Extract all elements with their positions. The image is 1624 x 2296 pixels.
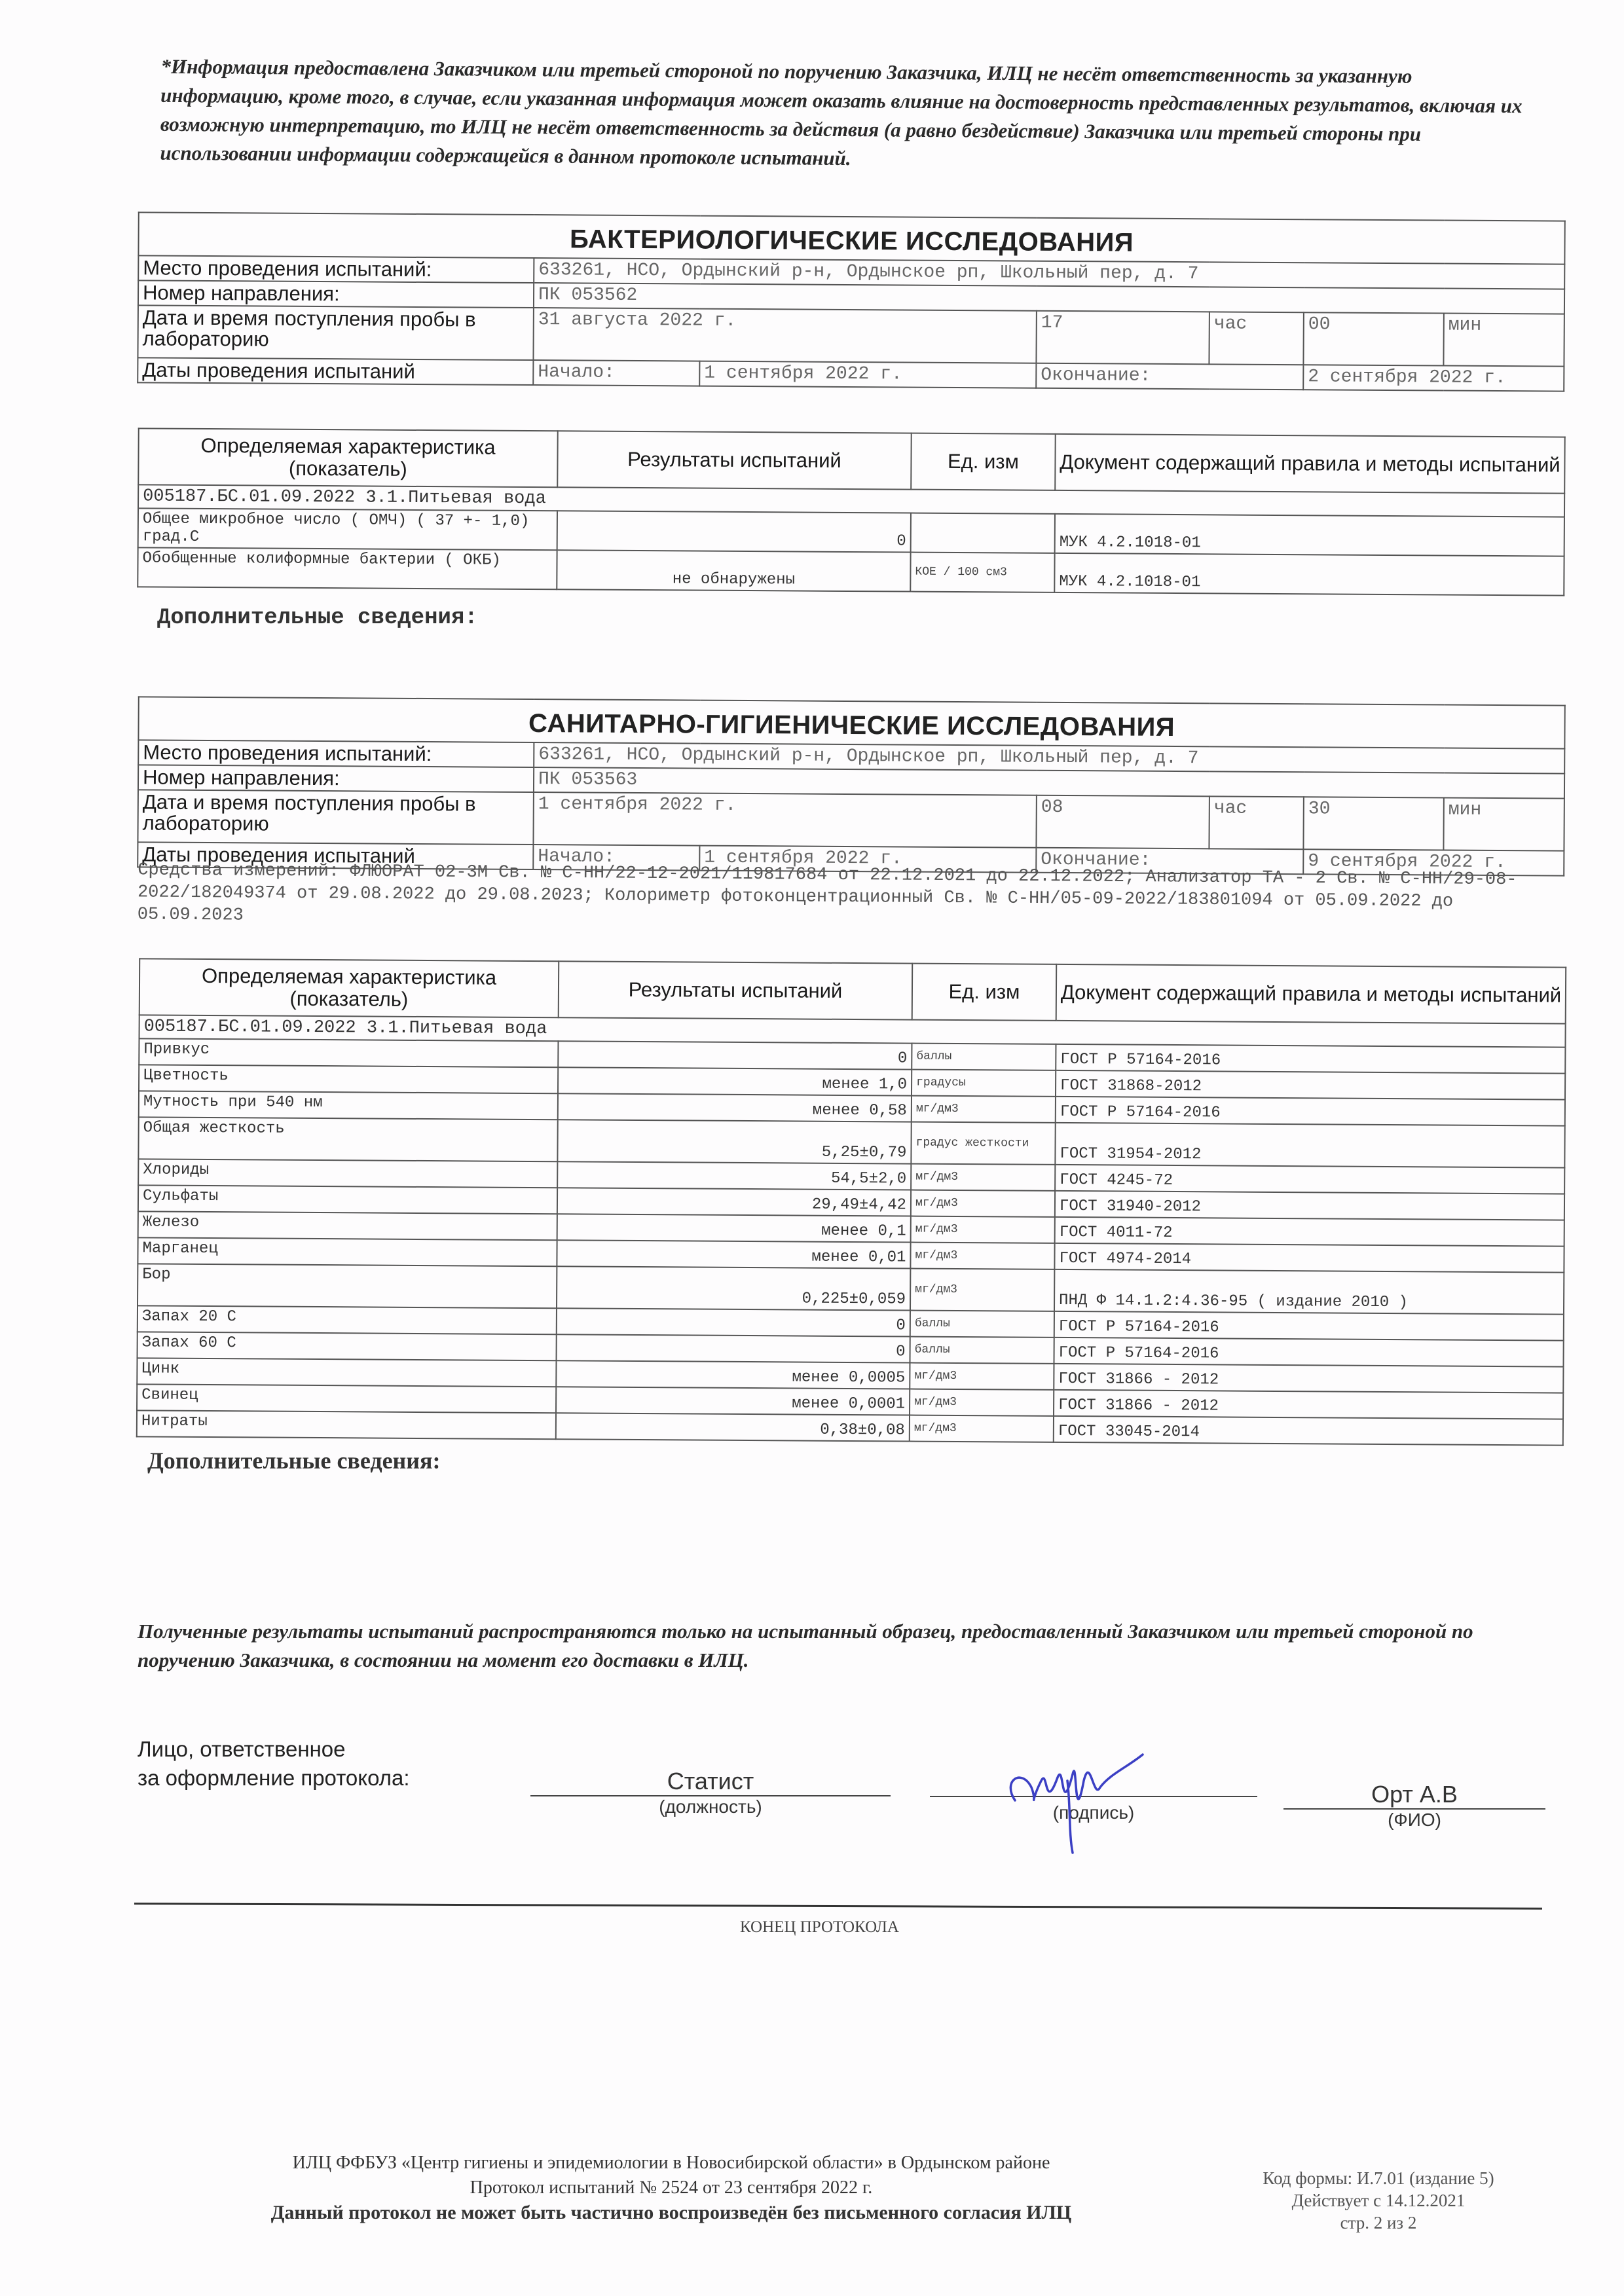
header-document: Документ содержащий правила и методы исп… xyxy=(1056,964,1566,1024)
place-label: Место проведения испытаний: xyxy=(138,255,534,283)
form-valid-from: Действует с 14.12.2021 xyxy=(1231,2189,1526,2212)
receipt-hour: 08 xyxy=(1036,795,1209,849)
end-divider xyxy=(134,1903,1542,1910)
form-info: Код формы: И.7.01 (издание 5) Действует … xyxy=(1231,2167,1526,2234)
hour-unit: час xyxy=(1209,796,1303,849)
disclaimer-text: *Информация предоставлена Заказчиком или… xyxy=(160,52,1529,178)
start-label: Начало: xyxy=(533,360,699,386)
extra-info-label: Дополнительные сведения: xyxy=(157,606,478,630)
bacteriological-results-table: Определяемая характеристика (показатель)… xyxy=(137,428,1565,596)
footer-protocol: Протокол испытаний № 2524 от 23 сентября… xyxy=(196,2176,1146,2200)
position-value: Статист xyxy=(530,1768,891,1795)
position-field: Статист (должность) xyxy=(530,1768,891,1817)
header-results: Результаты испытаний xyxy=(557,431,912,489)
end-of-protocol: КОНЕЦ ПРОТОКОЛА xyxy=(740,1918,899,1937)
header-unit: Ед. изм xyxy=(912,964,1057,1021)
header-unit: Ед. изм xyxy=(911,433,1056,490)
footer-info: ИЛЦ ФФБУЗ «Центр гигиены и эпидемиологии… xyxy=(196,2151,1146,2225)
end-value: 2 сентября 2022 г. xyxy=(1303,365,1564,391)
referral-label: Номер направления: xyxy=(138,765,534,792)
receipt-min: 00 xyxy=(1303,312,1443,365)
min-unit: мин xyxy=(1443,314,1564,367)
receipt-date: 1 сентября 2022 г. xyxy=(533,792,1036,848)
header-document: Документ содержащий правила и методы исп… xyxy=(1055,434,1565,494)
header-results: Результаты испытаний xyxy=(559,961,913,1019)
page-number: стр. 2 из 2 xyxy=(1231,2212,1526,2234)
name-caption: (ФИО) xyxy=(1283,1810,1545,1831)
receipt-hour: 17 xyxy=(1036,311,1209,365)
handwritten-signature-icon xyxy=(995,1741,1166,1859)
signature-field: (подпись) xyxy=(930,1768,1257,1823)
place-label: Место проведения испытаний: xyxy=(138,740,534,767)
position-caption: (должность) xyxy=(530,1796,891,1817)
end-label: Окончание: xyxy=(1036,363,1303,390)
form-code: Код формы: И.7.01 (издание 5) xyxy=(1231,2167,1526,2189)
receipt-date: 31 августа 2022 г. xyxy=(533,308,1036,363)
footer-org: ИЛЦ ФФБУЗ «Центр гигиены и эпидемиологии… xyxy=(196,2151,1146,2176)
footer-warning: Данный протокол не может быть частично в… xyxy=(196,2200,1146,2225)
header-characteristic: Определяемая характеристика (показатель) xyxy=(139,958,559,1017)
sanitary-results-table: Определяемая характеристика (показатель)… xyxy=(136,958,1566,1446)
header-characteristic: Определяемая характеристика (показатель) xyxy=(138,428,558,487)
hour-unit: час xyxy=(1209,312,1303,365)
sanitary-info-table: САНИТАРНО-ГИГИЕНИЧЕСКИЕ ИССЛЕДОВАНИЯ Мес… xyxy=(137,696,1566,876)
referral-label: Номер направления: xyxy=(138,280,534,308)
name-value: Орт А.В xyxy=(1283,1781,1545,1808)
min-unit: мин xyxy=(1443,798,1564,851)
bacteriological-info-table: БАКТЕРИОЛОГИЧЕСКИЕ ИССЛЕДОВАНИЯ Место пр… xyxy=(137,211,1566,392)
receipt-label: Дата и время поступления пробы в лаборат… xyxy=(138,790,533,845)
responsible-person-label: Лицо, ответственное за оформление проток… xyxy=(138,1735,410,1793)
table-row: Обобщенные колиформные бактерии ( ОКБ) н… xyxy=(138,547,1564,595)
receipt-min: 30 xyxy=(1303,797,1443,850)
name-field: Орт А.В (ФИО) xyxy=(1283,1781,1545,1831)
extra-info-label: Дополнительные сведения: xyxy=(147,1447,441,1474)
dates-label: Даты проведения испытаний xyxy=(138,357,533,385)
receipt-label: Дата и время поступления пробы в лаборат… xyxy=(138,305,533,360)
results-scope-note: Полученные результаты испытаний распрост… xyxy=(138,1617,1513,1675)
sanitary-rows: Привкус0баллыГОСТ Р 57164-2016Цветностьм… xyxy=(137,1038,1566,1445)
start-value: 1 сентября 2022 г. xyxy=(699,361,1036,388)
measurement-instruments: Средства измерений: ФЛЮОРАТ 02-3М Св. № … xyxy=(138,859,1559,936)
